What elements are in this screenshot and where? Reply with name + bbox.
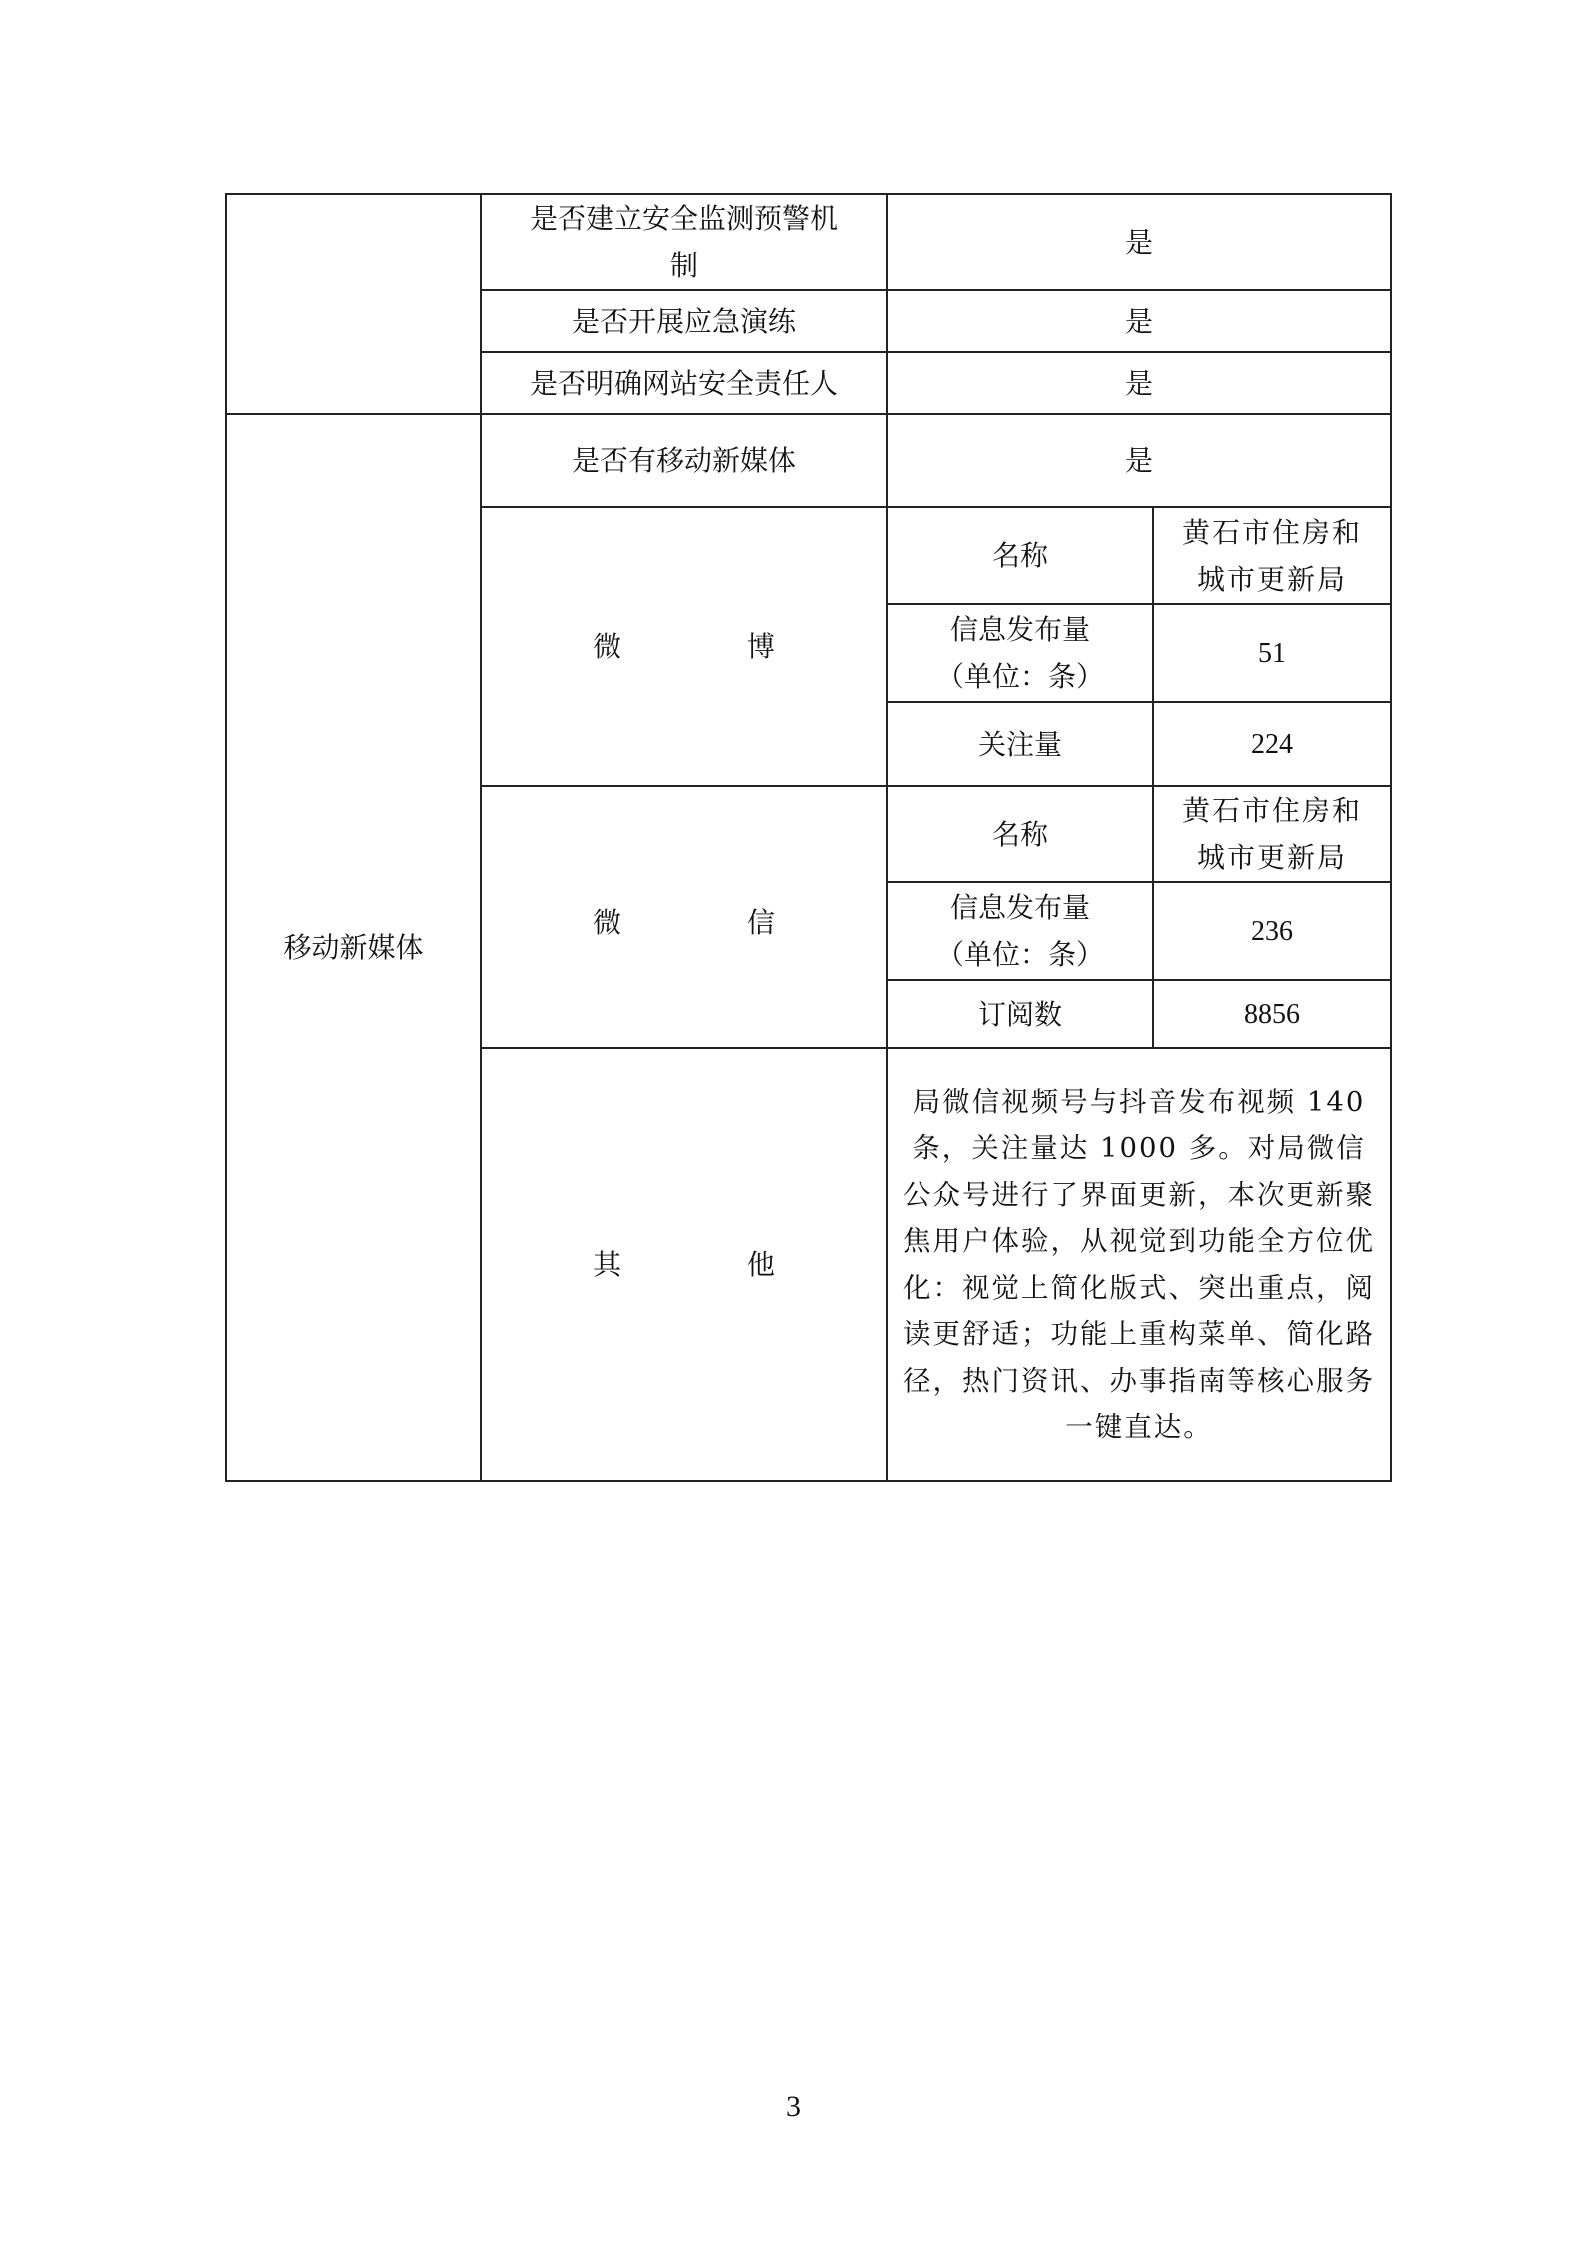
question-cell: 是否开展应急演练 — [481, 290, 887, 352]
answer-cell: 是 — [887, 352, 1391, 414]
answer-cell: 是 — [887, 194, 1391, 290]
field-cell: 信息发布量（单位：条） — [887, 604, 1153, 702]
other-label: 其 他 — [481, 1048, 887, 1481]
question-cell: 是否明确网站安全责任人 — [481, 352, 887, 414]
answer-cell: 是 — [887, 414, 1391, 507]
table-row: 是否建立安全监测预警机制 是 — [226, 194, 1391, 290]
question-cell: 是否建立安全监测预警机制 — [481, 194, 887, 290]
value-cell: 224 — [1153, 702, 1391, 786]
value-cell: 236 — [1153, 882, 1391, 980]
answer-cell: 是 — [887, 290, 1391, 352]
field-cell: 名称 — [887, 786, 1153, 882]
category-cell-mobile-media: 移动新媒体 — [226, 414, 481, 1481]
weibo-label: 微 博 — [481, 507, 887, 786]
value-cell: 黄石市住房和城市更新局 — [1153, 786, 1391, 882]
page-number: 3 — [0, 2090, 1587, 2124]
value-cell: 8856 — [1153, 980, 1391, 1048]
table-row: 移动新媒体 是否有移动新媒体 是 — [226, 414, 1391, 507]
weixin-label: 微 信 — [481, 786, 887, 1048]
field-cell: 关注量 — [887, 702, 1153, 786]
field-cell: 信息发布量（单位：条） — [887, 882, 1153, 980]
value-cell: 51 — [1153, 604, 1391, 702]
category-cell-security — [226, 194, 481, 414]
website-report-table: 是否建立安全监测预警机制 是 是否开展应急演练 是 是否明确网站安全责任人 是 … — [225, 193, 1392, 1482]
field-cell: 名称 — [887, 507, 1153, 604]
other-description: 局微信视频号与抖音发布视频 140 条，关注量达 1000 多。对局微信公众号进… — [887, 1048, 1391, 1481]
question-cell: 是否有移动新媒体 — [481, 414, 887, 507]
value-cell: 黄石市住房和城市更新局 — [1153, 507, 1391, 604]
field-cell: 订阅数 — [887, 980, 1153, 1048]
